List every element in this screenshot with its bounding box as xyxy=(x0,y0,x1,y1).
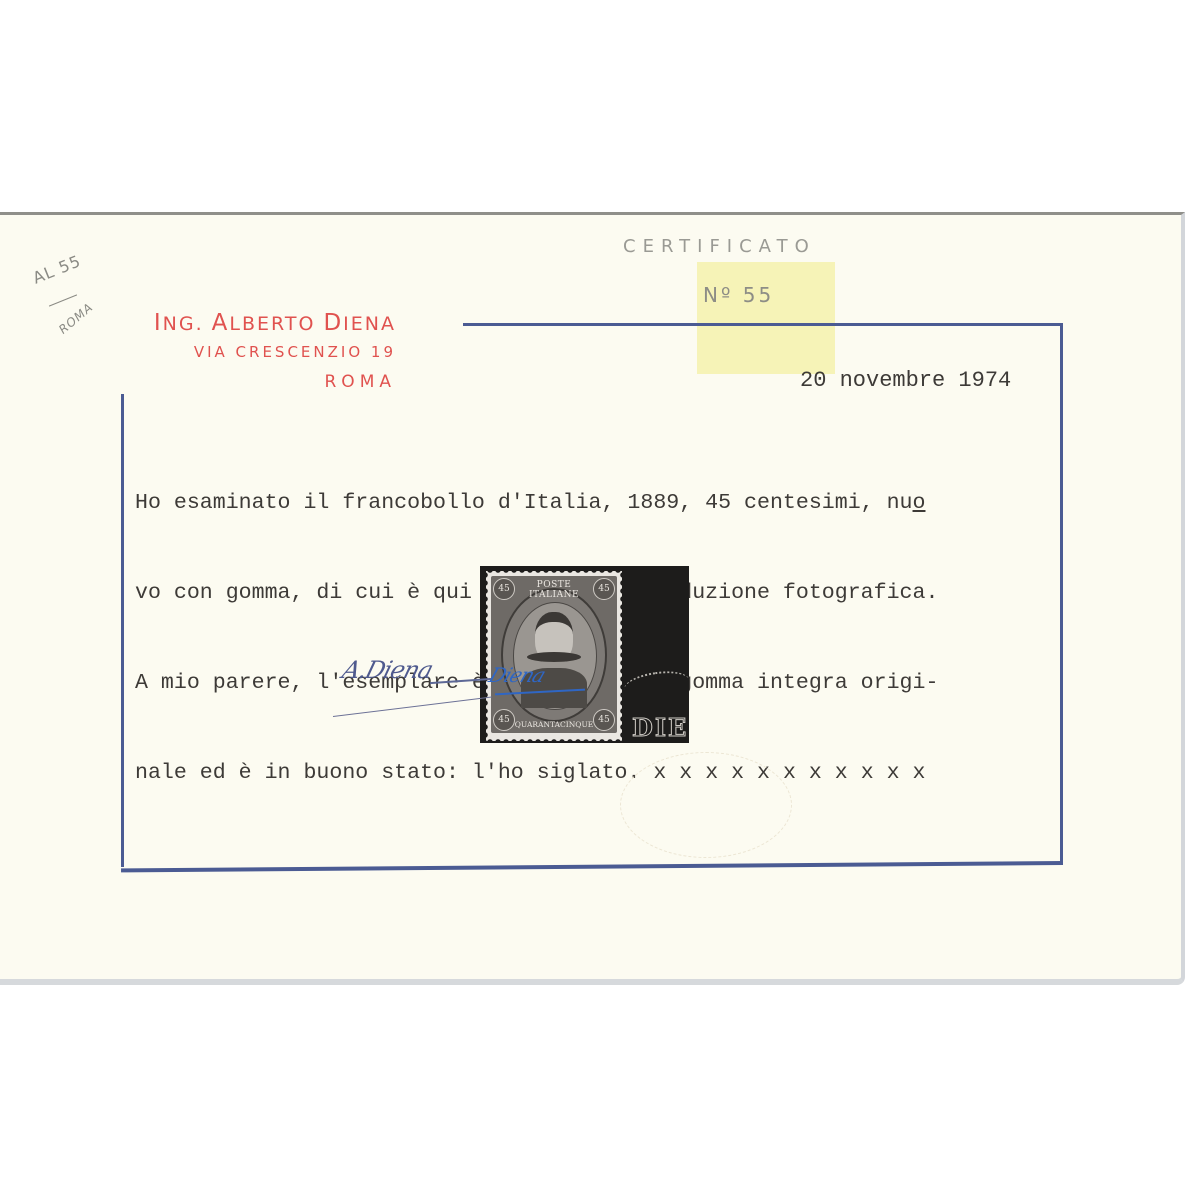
stamp-country-legend: POSTE ITALIANE xyxy=(515,580,593,600)
portrait-moustache-icon xyxy=(527,652,581,662)
letterhead-name: ING. ALBERTO DIENA xyxy=(154,310,396,336)
stamp-photo: POSTE ITALIANE QUARANTACINQUE 45 45 45 4… xyxy=(486,571,622,741)
frame-border-right xyxy=(1060,323,1063,863)
stamp-value-legend: QUARANTACINQUE xyxy=(511,720,597,729)
letterhead-first-initial: A xyxy=(212,310,230,336)
certificate-number: Nº 55 xyxy=(703,283,774,307)
sticky-note xyxy=(697,262,835,374)
embossed-seal-icon xyxy=(620,752,792,858)
letterhead-city: ROMA xyxy=(325,372,397,392)
body-line-1-underlined: o xyxy=(913,491,926,515)
letterhead-last-rest: IENA xyxy=(343,313,396,335)
letterhead-first-rest: LBERTO xyxy=(229,313,323,335)
stamp-value-corner-top-left: 45 xyxy=(493,578,515,600)
stamp-value-corner-top-right: 45 xyxy=(593,578,615,600)
stamp-value-corner-bottom-right: 45 xyxy=(593,709,615,731)
frame-border-left xyxy=(121,394,124,867)
expert-signature: A.Diena xyxy=(339,656,435,684)
letterhead-prefix-rest: NG. xyxy=(163,313,212,335)
body-line-1-text: Ho esaminato il francobollo d'Italia, 18… xyxy=(135,491,913,515)
letterhead-street: VIA CRESCENZIO 19 xyxy=(194,343,396,361)
stamp-initials: Diena xyxy=(486,663,549,687)
frame-border-top xyxy=(463,323,1063,326)
body-line-4: nale ed è in buono stato: l'ho siglato. … xyxy=(135,758,938,788)
body-line-1: Ho esaminato il francobollo d'Italia, 18… xyxy=(135,488,938,518)
body-line-4-text: nale ed è in buono stato: l'ho siglato. xyxy=(135,761,640,785)
certificate-label: CERTIFICATO xyxy=(623,236,816,257)
certificate-date: 20 novembre 1974 xyxy=(800,368,1011,393)
letterhead-last-initial: D xyxy=(323,310,343,336)
stamp-value-corner-bottom-left: 45 xyxy=(493,709,515,731)
stamp-design: POSTE ITALIANE QUARANTACINQUE 45 45 45 4… xyxy=(491,576,617,733)
letterhead-prefix-initial: I xyxy=(154,310,163,336)
backing-text: DIE xyxy=(632,713,688,742)
